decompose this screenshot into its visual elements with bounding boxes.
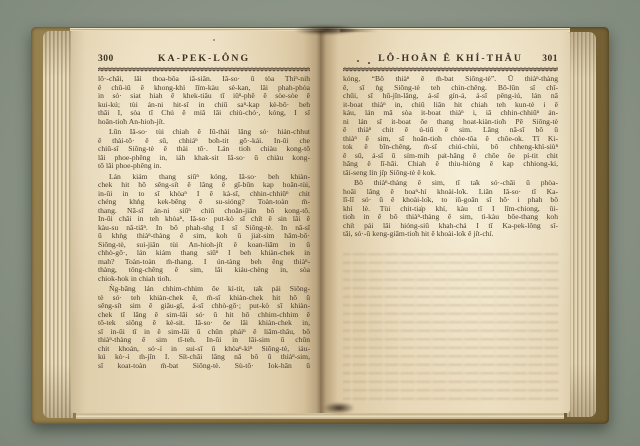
page-edges-right [567,32,596,417]
header-rule [343,66,558,72]
right-body-text: kóng, “Bô thiàⁿ ê m̄-bat Siōng-tè”. Ū th… [343,75,558,239]
right-header-title: LÔ-HOÂN Ê KHÍ-THÂU [378,53,523,64]
paragraph: kóng, “Bô thiàⁿ ê m̄-bat Siōng-tè”. Ū th… [343,75,558,177]
text-line: chiok-hok in chiah tio̍h. [98,275,310,284]
header-rule [98,66,310,72]
text-line: tāi-seng lín ji̍p Siōng-tè ê kok. [343,169,558,178]
paragraph: Lūn Iâ-so· tùi chiah ê Iû-thài lâng só· … [98,128,310,171]
right-page-header: LÔ-HOÂN Ê KHÍ-THÂU 301 [343,53,558,65]
paper-speck [357,60,359,62]
paragraph: Lán kiám thang siūⁿ kóng, Iâ-so· beh khi… [98,173,310,284]
paper-speck [368,62,370,64]
paragraph: Bô thiàⁿ-thàng ê sim, tī ta̍k só·-chāi ū… [343,179,558,239]
ink-stain-top-tail [340,29,378,32]
paragraph: lō·-chāi, lâi thoa-bôa iā-siān. Iâ-so· ū… [98,75,310,126]
paper-speck [213,39,215,41]
left-body-text: lō·-chāi, lâi thoa-bôa iā-siān. Iâ-so· ū… [98,75,310,370]
ink-stain-bottom [323,402,355,414]
paragraph: Ǹg-bāng lán chhim-chhim ōe kì-tit, ta̍k … [98,285,310,370]
left-page-text: 300 KA-PEK-LÔNG lō·-chāi, lâi thoa-bôa i… [98,53,310,370]
text-line: sī koat-toàn m̄-bat Siōng-tè. Sù-tô· Iok… [98,362,310,371]
text-line: tō lâi phoe-phêng in. [98,162,310,171]
right-page-number: 301 [542,54,558,65]
left-page-number: 300 [98,54,114,65]
left-page-header: 300 KA-PEK-LÔNG [98,53,310,65]
text-line: tāi, só·-ū keng-giām-tio̍h hit ê khoài-l… [343,230,558,239]
right-page-text: LÔ-HOÂN Ê KHÍ-THÂU 301 kóng, “Bô thiàⁿ ê… [343,53,558,239]
text-line: hoān-tio̍h An-hioh-ji̍t. [98,118,310,127]
page-edges-left [43,31,73,418]
left-header-title: KA-PEK-LÔNG [158,53,250,64]
